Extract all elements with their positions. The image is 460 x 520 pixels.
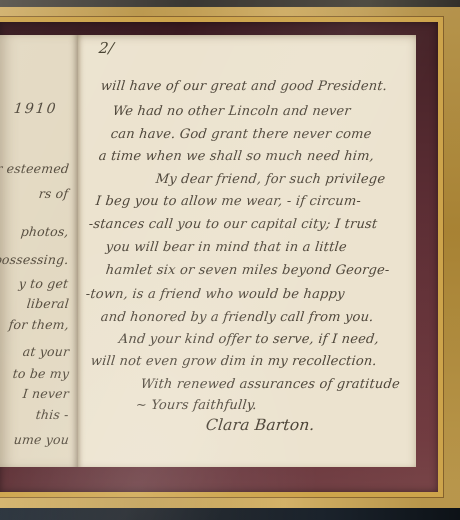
framed-letter-photo: 1910 er esteemedrs ofphotos,possessing.y…	[0, 0, 460, 520]
letter-line: -stances call you to our capital city; I…	[88, 217, 378, 232]
page-number-mark: 2/	[98, 39, 115, 57]
left-page-fragment: rs of	[38, 186, 69, 201]
letter-line: will have of our great and good Presiden…	[100, 79, 388, 94]
background-top-strip	[0, 0, 460, 7]
left-page-fragment: possessing.	[0, 252, 70, 267]
left-page-fragment: to be my	[12, 366, 70, 381]
letter-line: We had no other Lincoln and never	[112, 104, 352, 119]
letter-line: hamlet six or seven miles beyond George-	[105, 263, 390, 278]
letter-line: And your kind offer to serve, if I need,	[118, 332, 380, 347]
left-page-fragment: for them,	[8, 317, 70, 332]
left-page-fragment: er esteemed	[0, 161, 70, 176]
left-page-fragment: y to get	[18, 276, 69, 291]
letter-line: you will bear in mind that in a little	[105, 240, 348, 255]
letter-line: My dear friend, for such privilege	[155, 172, 386, 187]
letter-line: I beg you to allow me wear, - if circum-	[95, 194, 362, 209]
left-page: 1910 er esteemedrs ofphotos,possessing.y…	[0, 35, 78, 467]
letter-page: 2/ will have of our great and good Presi…	[78, 35, 416, 467]
letter-line: a time when we shall so much need him,	[98, 149, 375, 164]
left-page-fragment: liberal	[26, 296, 70, 311]
background-bottom-strip	[0, 508, 460, 520]
letter-line: and honored by a friendly call from you.	[100, 310, 374, 325]
letter-line: will not even grow dim in my recollectio…	[90, 354, 378, 369]
letter-line: can have. God grant there never come	[110, 127, 372, 142]
signature: Clara Barton.	[205, 416, 316, 434]
left-page-fragment: ume you	[13, 432, 70, 447]
left-page-fragment: at your	[22, 344, 70, 359]
left-page-fragment: I never	[22, 386, 70, 401]
letter-line: ~ Yours faithfully.	[135, 398, 258, 413]
letter-line: With renewed assurances of gratitude	[140, 377, 401, 392]
left-page-year: 1910	[13, 101, 58, 117]
letter-line: -town, is a friend who would be happy	[85, 287, 345, 302]
left-page-fragment: this -	[35, 407, 69, 422]
left-page-fragment: photos,	[20, 224, 69, 239]
